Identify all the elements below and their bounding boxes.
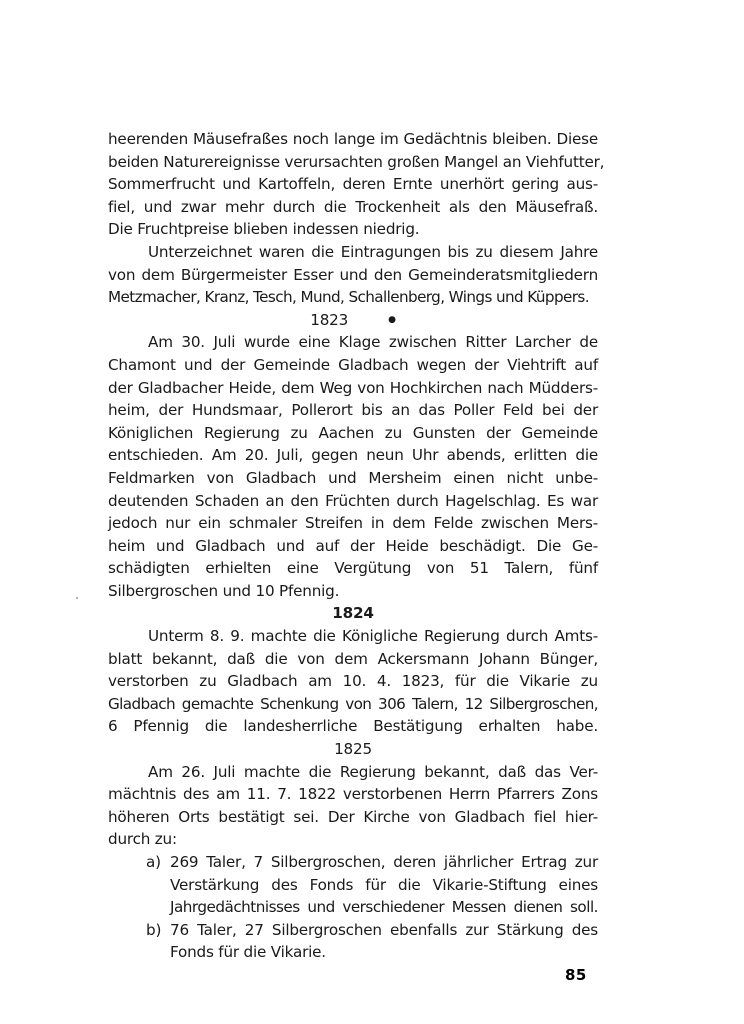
list-marker: b): [146, 919, 170, 942]
text-line: Gladbach gemachte Schenkung von 306 Tale…: [108, 693, 598, 716]
list-item: b) 76 Taler, 27 Silbergroschen ebenfalls…: [108, 919, 598, 964]
text-line: deutenden Schaden an den Früchten durch …: [108, 490, 598, 513]
text-line: fiel, und zwar mehr durch die Trockenhei…: [108, 196, 598, 219]
text-line: Königlichen Regierung zu Aachen zu Gunst…: [108, 422, 598, 445]
text-line: jedoch nur ein schmaler Streifen in dem …: [108, 512, 598, 535]
list-item-body: 76 Taler, 27 Silbergroschen ebenfalls zu…: [170, 919, 598, 964]
text-line: Verstärkung des Fonds für die Vikarie-St…: [170, 874, 598, 897]
text-line: entschieden. Am 20. Juli, gegen neun Uhr…: [108, 444, 598, 467]
document-page: heerenden Mäusefraßes noch lange im Gedä…: [108, 128, 598, 964]
text-line: schädigten erhielten eine Vergütung von …: [108, 557, 598, 580]
text-line: heerenden Mäusefraßes noch lange im Gedä…: [108, 128, 598, 151]
text-line: heim und Gladbach und auf der Heide besc…: [108, 535, 598, 558]
text-line: Die Fruchtpreise blieben indessen niedri…: [108, 218, 598, 241]
year-heading: 1825: [108, 738, 598, 761]
year-heading-text: 1823: [310, 311, 348, 329]
text-line: beiden Naturereignisse verursachten groß…: [108, 151, 598, 174]
text-line: Silbergroschen und 10 Pfennig.: [108, 580, 598, 603]
text-line: verstorben zu Gladbach am 10. 4. 1823, f…: [108, 670, 598, 693]
text-line: Sommerfrucht und Kartoffeln, deren Ernte…: [108, 173, 598, 196]
stray-mark: ●: [388, 309, 396, 332]
list-item: a) 269 Taler, 7 Silbergroschen, deren jä…: [108, 851, 598, 919]
text-line: blatt bekannt, daß die von dem Ackersman…: [108, 648, 598, 671]
paragraph: Am 26. Juli machte die Regierung bekannt…: [108, 761, 598, 851]
text-line: Fonds für die Vikarie.: [170, 941, 598, 964]
year-heading: 1824: [108, 602, 598, 625]
text-line: höheren Orts bestätigt sei. Der Kirche v…: [108, 806, 598, 829]
text-line: Metzmacher, Kranz, Tesch, Mund, Schallen…: [108, 286, 598, 309]
text-line: 269 Taler, 7 Silbergroschen, deren jährl…: [170, 851, 598, 874]
text-line: Am 26. Juli machte die Regierung bekannt…: [108, 761, 598, 784]
text-line: durch zu:: [108, 828, 598, 851]
text-line: Jahrgedächtnisses und verschiedener Mess…: [170, 896, 598, 919]
list-marker: a): [146, 851, 170, 874]
paragraph: Unterzeichnet waren die Eintragungen bis…: [108, 241, 598, 309]
paragraph: Unterm 8. 9. machte die Königliche Regie…: [108, 625, 598, 738]
text-line: mächtnis des am 11. 7. 1822 verstorbenen…: [108, 783, 598, 806]
paragraph: heerenden Mäusefraßes noch lange im Gedä…: [108, 128, 598, 241]
scan-speck: [76, 597, 78, 599]
text-line: der Gladbacher Heide, dem Weg von Hochki…: [108, 377, 598, 400]
text-line: 76 Taler, 27 Silbergroschen ebenfalls zu…: [170, 919, 598, 942]
text-line: Feldmarken von Gladbach und Mersheim ein…: [108, 467, 598, 490]
text-line: Chamont und der Gemeinde Gladbach wegen …: [108, 354, 598, 377]
text-line: Unterzeichnet waren die Eintragungen bis…: [108, 241, 598, 264]
page-number: 85: [565, 966, 587, 984]
paragraph: Am 30. Juli wurde eine Klage zwischen Ri…: [108, 331, 598, 602]
text-line: Am 30. Juli wurde eine Klage zwischen Ri…: [108, 331, 598, 354]
text-line: Unterm 8. 9. machte die Königliche Regie…: [108, 625, 598, 648]
text-line: von dem Bürgermeister Esser und den Geme…: [108, 264, 598, 287]
year-heading: 1823●: [108, 309, 598, 332]
text-line: heim, der Hundsmaar, Pollerort bis an da…: [108, 399, 598, 422]
list-item-body: 269 Taler, 7 Silbergroschen, deren jährl…: [170, 851, 598, 919]
bequest-list: a) 269 Taler, 7 Silbergroschen, deren jä…: [108, 851, 598, 964]
text-line: 6 Pfennig die landesherrliche Bestätigun…: [108, 715, 598, 738]
